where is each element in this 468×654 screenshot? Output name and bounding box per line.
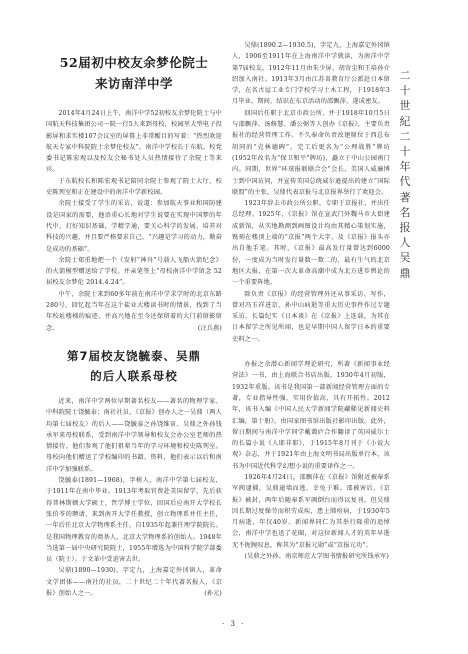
- paragraph-gap: [232, 345, 390, 359]
- article3-paragraph: 1923年辞去市政公所公职，专职于京报社，并出任总经理。1925年，《京报》馆在…: [232, 198, 390, 288]
- page-number: · 3 ·: [222, 620, 245, 628]
- article2-paragraph: 吴鼎(1890—1930)，字定九，上海嘉定外冈镇人，革命文学团体——南社的社员…: [46, 565, 222, 599]
- left-column: 52届初中校友余梦伦院士 来访南洋中学 2014年4月24日上午，南洋中学52初…: [46, 52, 222, 599]
- vertical-title-char: 吴: [398, 250, 412, 265]
- article2-title-line1: 第7届校友饶毓泰、吴鼎: [46, 346, 222, 366]
- article2-paragraph: 近来，南洋中学两位早期著名校友——著名的物理学家、中科院院士饶毓泰；南社社员、《…: [46, 396, 222, 475]
- article2-signature: (孙元): [192, 588, 222, 599]
- vertical-title-char: 报: [398, 220, 412, 235]
- article3-signature: (吴鼎之外孙、南京师范大学图书情报研究所钱承军): [232, 551, 390, 562]
- vertical-title-char: 二: [398, 129, 412, 144]
- article3-paragraph: 吴鼎(1890.2—1930.5)，字定九，上海嘉定外冈镇人，1906至1911…: [232, 40, 390, 108]
- vertical-title-char: 二: [398, 68, 412, 83]
- article1-title-line1: 52届初中校友余梦伦院士: [46, 52, 222, 73]
- article1-paragraph: 中午，余院士来到60多年前在南洋中学求学时的北京东路280号，回忆起当年在这个盐…: [46, 289, 222, 334]
- article1-paragraph: 余院士郑重地把一个《发射“神舟”号载人飞船火箭纪念》的火箭模型赠送给了学校。并亲…: [46, 255, 222, 289]
- vertical-title-char: 十: [398, 83, 412, 98]
- article3-paragraph: 除负责《京报》的经营管理外还从事采访、写作，曾对冯玉祥进京、孙中山病逝等重大历史…: [232, 289, 390, 345]
- article3-paragraph: 1926年4月24日，邵飘萍在《京报》馆附近被奉系军阀逮捕，吴鼎逾墙而逃，幸免于…: [232, 472, 390, 551]
- article1-signature: (汪兵燕): [185, 323, 222, 334]
- right-column: 吴鼎(1890.2—1930.5)，字定九，上海嘉定外冈镇人，1906至1911…: [232, 40, 390, 562]
- article1-title-line2: 来访南洋中学: [46, 73, 222, 94]
- article1-paragraph: 2014年4月24日上午，南洋中学52初校友余梦伦院士与中国航天科技集团公司一院…: [46, 108, 222, 176]
- article3-paragraph: 办报之余潜心新闻学理论研究，所著《新闻事业经营法》一书，由上海联合书店出版，19…: [232, 359, 390, 472]
- vertical-title-char: 鼎: [398, 266, 412, 281]
- article2-title-line2: 的后人联系母校: [46, 366, 222, 386]
- article3-paragraph: 回国后任职于北京市政公所，并于1918年10月5日与邵飘萍、汤修慧、潘公弼等人创…: [232, 108, 390, 198]
- vertical-title-char: 著: [398, 190, 412, 205]
- vertical-title-char: 年: [398, 159, 412, 174]
- article1-title: 52届初中校友余梦伦院士 来访南洋中学: [46, 52, 222, 94]
- vertical-title-char: 紀: [398, 114, 412, 129]
- vertical-title-char: 人: [398, 235, 412, 250]
- vertical-title-char: 名: [398, 205, 412, 220]
- vertical-title-char: 世: [398, 98, 412, 113]
- vertical-title-char: 代: [398, 174, 412, 189]
- article2-title: 第7届校友饶毓泰、吴鼎 的后人联系母校: [46, 346, 222, 386]
- article2-paragraph: 饶毓泰(1891—1968)，字树人，南洋中学第七届校友，于1911年在南中毕业…: [46, 475, 222, 565]
- article1-paragraph: 于东航校长和陈宏观书记陪同余院士参观了院士大厅、校史陈列室和正在建设中的南洋中学…: [46, 176, 222, 199]
- vertical-title-char: 十: [398, 144, 412, 159]
- article1-paragraph: 余院士接受了学生的采访，说道：参加航天事业和国防建设是国家的需要，他语重心长地对…: [46, 198, 222, 254]
- vertical-column-title: 二 十 世 紀 二 十 年 代 著 名 报 人 吴 鼎: [398, 68, 412, 281]
